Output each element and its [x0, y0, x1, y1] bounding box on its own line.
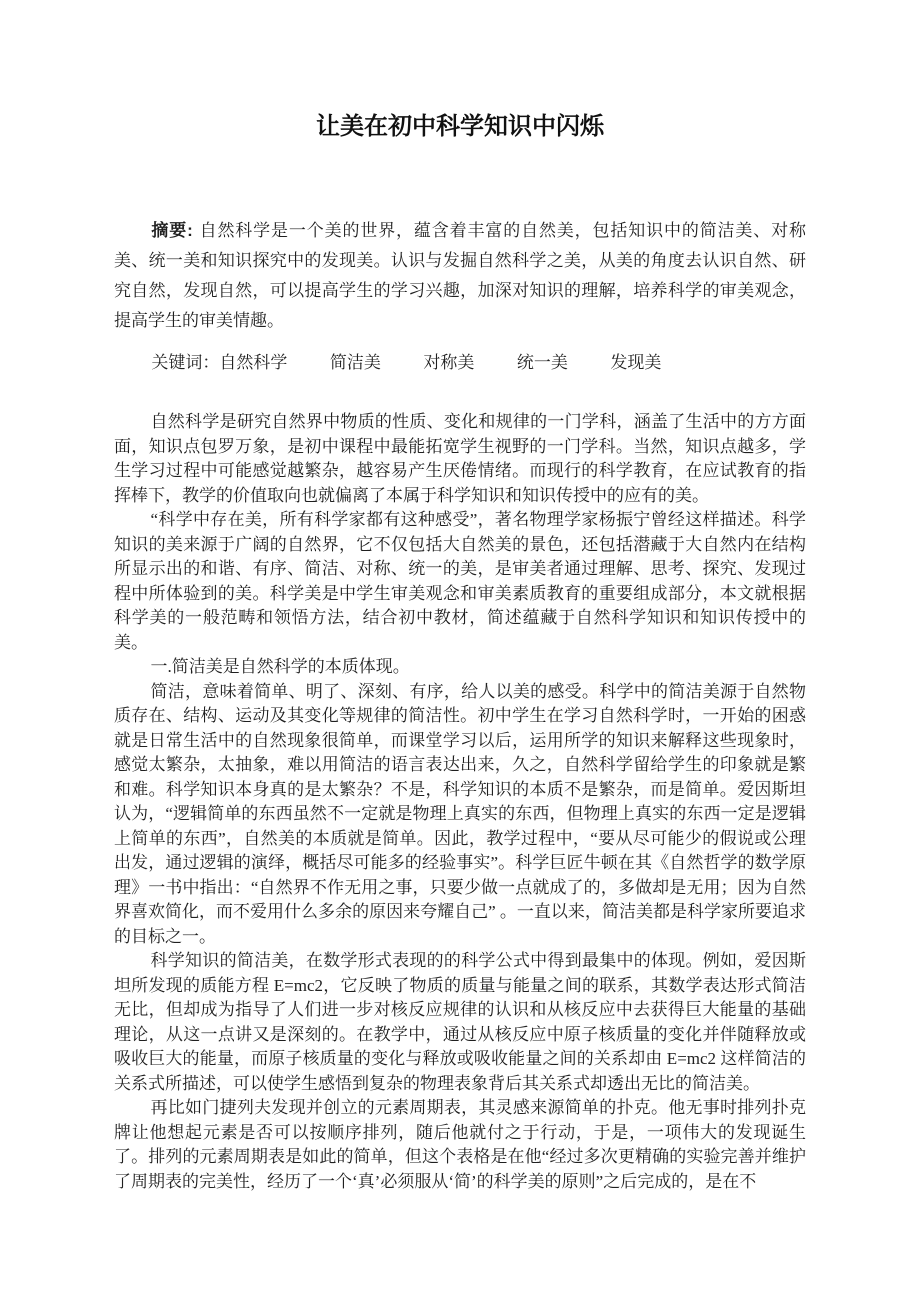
abstract-paragraph: 摘要:自然科学是一个美的世界，蕴含着丰富的自然美，包括知识中的简洁美、对称美、统…: [114, 216, 806, 336]
periodic-table-paragraph: 再比如门捷列夫发现并创立的元素周期表，其灵感来源简单的扑克。他无事时排列扑克牌让…: [114, 1096, 806, 1194]
abstract-text: 自然科学是一个美的世界，蕴含着丰富的自然美，包括知识中的简洁美、对称美、统一美和…: [114, 221, 806, 330]
keyword-item: 自然科学: [219, 353, 287, 372]
formula-emc2-paragraph: 科学知识的简洁美，在数学形式表现的的科学公式中得到最集中的体现。例如，爱因斯坦所…: [114, 949, 806, 1096]
abstract-label: 摘要:: [151, 221, 192, 240]
keyword-item: 简洁美: [330, 353, 381, 372]
keywords-label: 关键词：: [151, 353, 219, 372]
keyword-item: 对称美: [423, 353, 474, 372]
keywords-line: 关键词：自然科学简洁美对称美统一美发现美: [114, 350, 806, 376]
document-page: 让美在初中科学知识中闪烁 摘要:自然科学是一个美的世界，蕴含着丰富的自然美，包括…: [0, 0, 920, 1302]
keyword-item: 发现美: [610, 353, 661, 372]
section-heading-simplicity: 一.简洁美是自然科学的本质体现。: [114, 655, 806, 680]
page-title: 让美在初中科学知识中闪烁: [114, 112, 806, 142]
keyword-item: 统一美: [517, 353, 568, 372]
simplicity-essence-paragraph: 简洁，意味着简单、明了、深刻、有序，给人以美的感受。科学中的简洁美源于自然物质存…: [114, 680, 806, 950]
science-beauty-paragraph: “科学中存在美，所有科学家都有这种感受”，著名物理学家杨振宁曾经这样描述。科学知…: [114, 508, 806, 655]
document-body: 自然科学是研究自然界中物质的性质、变化和规律的一门学科，涵盖了生活中的方方面面，…: [114, 410, 806, 1194]
intro-paragraph: 自然科学是研究自然界中物质的性质、变化和规律的一门学科，涵盖了生活中的方方面面，…: [114, 410, 806, 508]
